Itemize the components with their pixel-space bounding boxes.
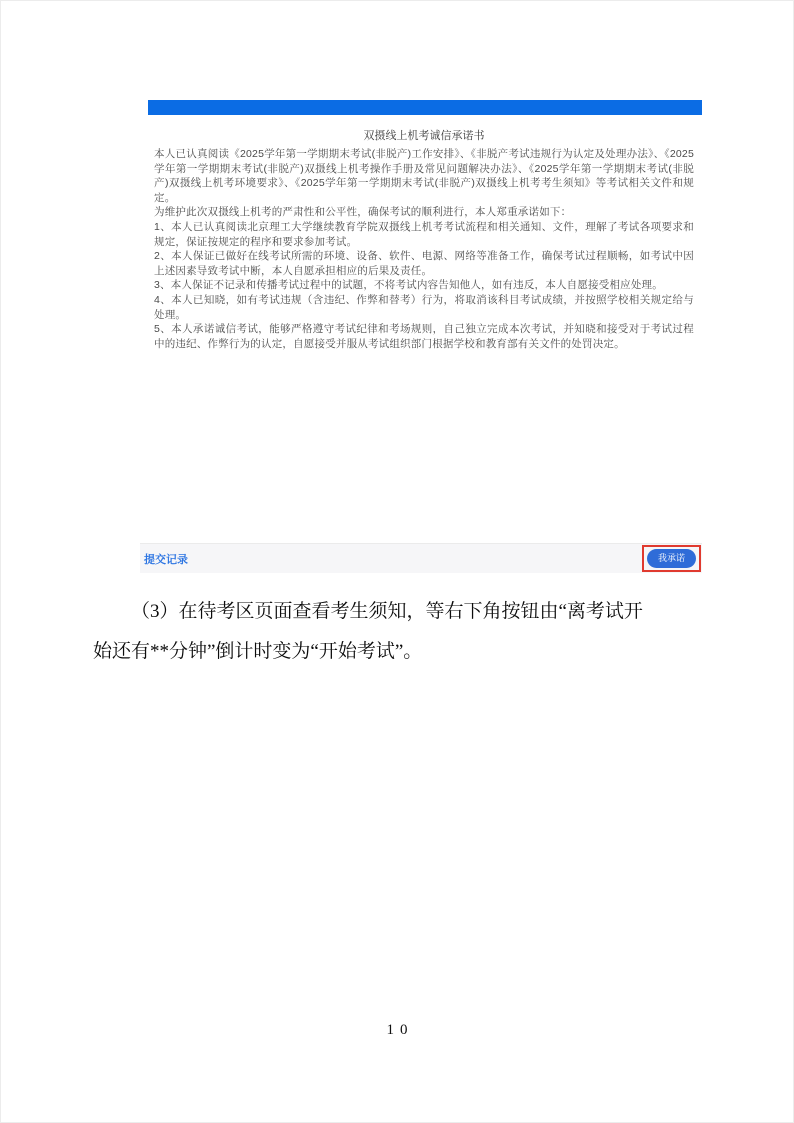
notice-paragraph: 1、本人已认真阅读北京理工大学继续教育学院双摄线上机考考试流程和相关通知、文件，… (154, 220, 694, 249)
notice-paragraph: 5、本人承诺诚信考试，能够严格遵守考试纪律和考场规则，自己独立完成本次考试，并知… (154, 322, 694, 351)
document-page: 双摄线上机考诚信承诺书 本人已认真阅读《2025学年第一学期期末考试(非脱产)工… (0, 0, 794, 1123)
highlight-box: 我承诺 (642, 545, 701, 572)
caption-line-2: 始还有**分钟”倒计时变为“开始考试”。 (93, 632, 705, 672)
notice-paragraph: 为维护此次双摄线上机考的严肃性和公平性，确保考试的顺利进行，本人郑重承诺如下： (154, 205, 694, 220)
page-number: 10 (0, 1022, 794, 1039)
agree-button[interactable]: 我承诺 (647, 549, 696, 568)
notice-paragraphs: 本人已认真阅读《2025学年第一学期期末考试(非脱产)工作安排》、《非脱产考试违… (154, 147, 694, 351)
submit-record-link[interactable]: 提交记录 (144, 551, 188, 567)
screenshot-footer: 提交记录 我承诺 (140, 543, 702, 573)
caption-line-1: （3）在待考区页面查看考生须知，等右下角按钮由“离考试开 (93, 592, 705, 632)
notice-title: 双摄线上机考诚信承诺书 (154, 127, 694, 143)
notice-paragraph: 4、本人已知晓，如有考试违规（含违纪、作弊和替考）行为，将取消该科目考试成绩，并… (154, 293, 694, 322)
notice-paragraph: 2、本人保证已做好在线考试所需的环境、设备、软件、电源、网络等准备工作，确保考试… (154, 249, 694, 278)
notice-body: 双摄线上机考诚信承诺书 本人已认真阅读《2025学年第一学期期末考试(非脱产)工… (148, 115, 700, 543)
caption: （3）在待考区页面查看考生须知，等右下角按钮由“离考试开 始还有**分钟”倒计时… (93, 592, 705, 672)
notice-paragraph: 本人已认真阅读《2025学年第一学期期末考试(非脱产)工作安排》、《非脱产考试违… (154, 147, 694, 205)
exam-notice-screenshot: 双摄线上机考诚信承诺书 本人已认真阅读《2025学年第一学期期末考试(非脱产)工… (140, 100, 702, 573)
app-header-bar (148, 100, 702, 115)
notice-paragraph: 3、本人保证不记录和传播考试过程中的试题，不将考试内容告知他人，如有违反，本人自… (154, 278, 694, 293)
